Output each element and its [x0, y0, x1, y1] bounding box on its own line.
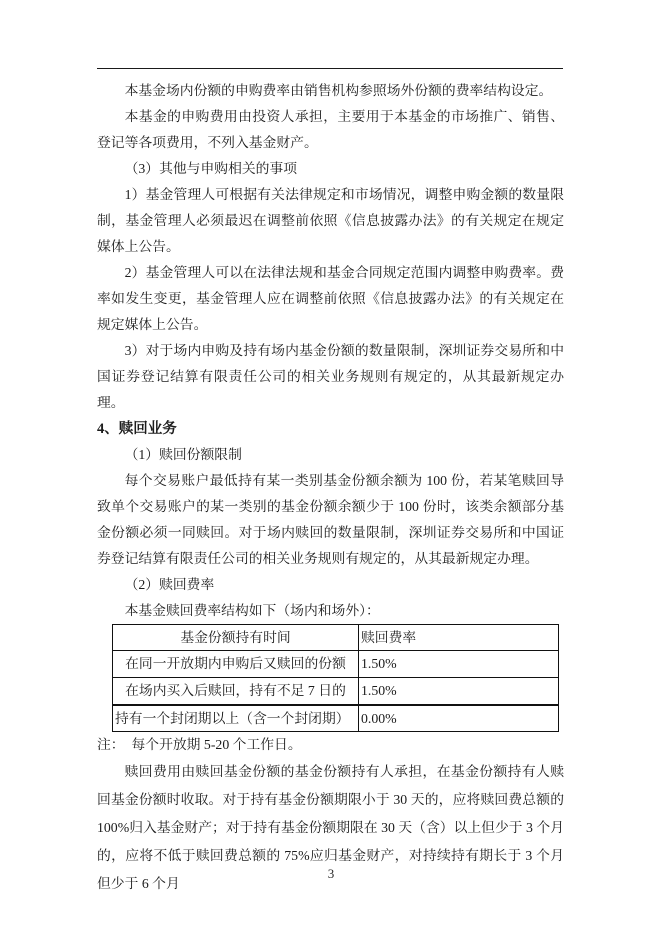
- page-number: 3: [0, 866, 662, 882]
- paragraph-subscription-fee-bearer: 本基金的申购费用由投资人承担，主要用于本基金的市场推广、销售、登记等各项费用，不…: [97, 104, 564, 156]
- document-content: 本基金场内份额的申购费率由销售机构参照场外份额的费率结构设定。 本基金的申购费用…: [97, 78, 564, 898]
- table-row: 持有一个封闭期以上（含一个封闭期） 0.00%: [113, 705, 559, 732]
- cell-holding-period: 在场内买入后赎回，持有不足 7 日的: [113, 678, 359, 705]
- cell-holding-period: 持有一个封闭期以上（含一个封闭期）: [113, 705, 359, 732]
- cell-fee-rate: 0.00%: [359, 705, 559, 732]
- document-page: 本基金场内份额的申购费率由销售机构参照场外份额的费率结构设定。 本基金的申购费用…: [0, 0, 662, 936]
- header-rule: [97, 68, 563, 69]
- subheading-other-subscription-matters: （3）其他与申购相关的事项: [97, 156, 564, 182]
- table-note: 注： 每个开放期 5-20 个工作日。: [97, 732, 564, 758]
- paragraph-fee-table-intro: 本基金赎回费率结构如下（场内和场外）：: [97, 598, 564, 624]
- cell-fee-rate: 1.50%: [359, 651, 559, 678]
- paragraph-adjust-subscription-rate: 2）基金管理人可以在法律法规和基金合同规定范围内调整申购费率。费率如发生变更，基…: [97, 260, 564, 338]
- cell-fee-rate: 1.50%: [359, 678, 559, 705]
- paragraph-adjust-subscription-amount: 1）基金管理人可根据有关法律规定和市场情况，调整申购金额的数量限制，基金管理人必…: [97, 182, 564, 260]
- paragraph-subscription-fee-setting: 本基金场内份额的申购费率由销售机构参照场外份额的费率结构设定。: [97, 78, 564, 104]
- table-row: 在同一开放期内申购后又赎回的份额 1.50%: [113, 651, 559, 678]
- table-row: 在场内买入后赎回，持有不足 7 日的 1.50%: [113, 678, 559, 705]
- paragraph-redemption-share-limit-detail: 每个交易账户最低持有某一类别基金份额余额为 100 份，若某笔赎回导致单个交易账…: [97, 468, 564, 572]
- column-header-holding-period: 基金份额持有时间: [113, 625, 359, 651]
- paragraph-onmarket-subscription-limit: 3）对于场内申购及持有场内基金份额的数量限制，深圳证券交易所和中国证券登记结算有…: [97, 338, 564, 416]
- subheading-redemption-fee-rate: （2）赎回费率: [97, 572, 564, 598]
- table-header-row: 基金份额持有时间 赎回费率: [113, 625, 559, 651]
- cell-holding-period: 在同一开放期内申购后又赎回的份额: [113, 651, 359, 678]
- section-heading-redemption: 4、赎回业务: [97, 416, 564, 442]
- column-header-fee-rate: 赎回费率: [359, 625, 559, 651]
- redemption-fee-table: 基金份额持有时间 赎回费率 在同一开放期内申购后又赎回的份额 1.50% 在场内…: [112, 624, 559, 732]
- subheading-redemption-share-limit: （1）赎回份额限制: [97, 442, 564, 468]
